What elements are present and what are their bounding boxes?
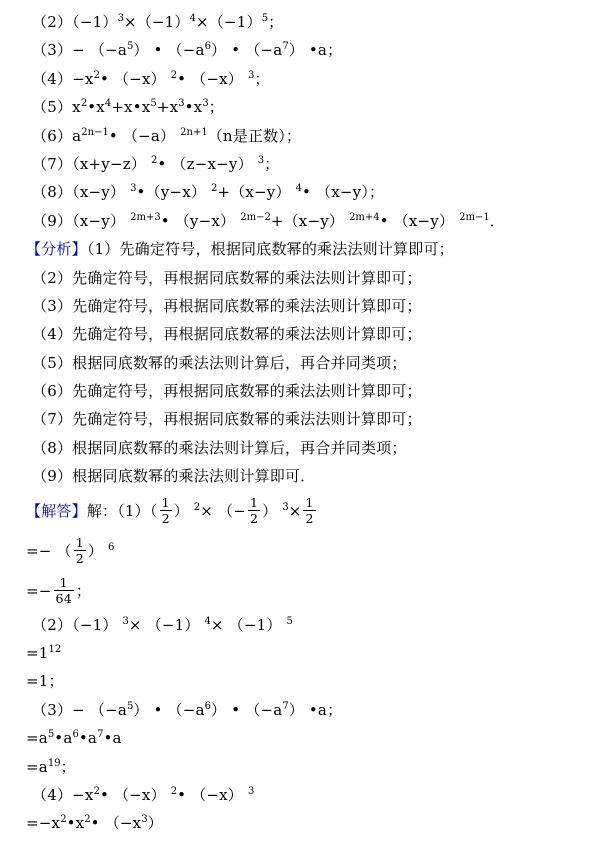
fraction-numerator: 1: [74, 535, 86, 550]
line-solution-3-step1: =a5•a6•a7•a: [26, 724, 602, 752]
exponent: 5: [287, 616, 293, 627]
line-analysis-9: （9）根据同底数幂的乘法法则计算即可．: [26, 462, 602, 490]
exponent: 3: [258, 155, 264, 166]
section-label: 【解答】: [26, 502, 87, 520]
exponent: 12: [49, 644, 62, 655]
line-question-6: （6）a2n−1• （−a） 2n+1（n是正数）；: [26, 122, 602, 150]
exponent: 2: [171, 786, 177, 797]
exponent: 2: [60, 814, 66, 825]
exponent: 4: [296, 183, 302, 194]
line-question-2: （2）（−1）3×（−1）4×（−1）5；: [26, 8, 602, 36]
exponent: 5: [127, 41, 133, 52]
exponent: 5: [262, 13, 268, 24]
exponent: 2: [94, 70, 100, 81]
line-question-8: （8）（x−y） 3•（y−x） 2+（x−y） 4• （x−y）；: [26, 178, 602, 206]
line-question-3: （3）− （−a5） • （−a6） • （−a7） •a；: [26, 36, 602, 64]
exponent: 19: [48, 758, 61, 769]
exponent: 3: [178, 98, 184, 109]
line-question-7: （7）（x+y−z） 2• （z−x−y） 3；: [26, 150, 602, 178]
exponent: 2m−2: [240, 212, 271, 223]
line-solution-3-step2: =a19；: [26, 753, 602, 781]
line-solution-2: （2）（−1） 3× （−1） 4× （−1） 5: [26, 611, 602, 639]
exponent: 3: [248, 786, 254, 797]
exponent: 6: [108, 542, 114, 553]
exponent: 7: [97, 729, 103, 740]
exponent: 6: [73, 729, 79, 740]
exponent: 7: [282, 701, 288, 712]
line-solution-1-step2: =−164；: [26, 571, 602, 611]
exponent: 2: [94, 786, 100, 797]
fraction: 12: [303, 495, 315, 526]
exponent: 3: [130, 183, 136, 194]
line-solution-2-step1: =112: [26, 639, 602, 667]
line-analysis-4: （4）先确定符号，再根据同底数幂的乘法法则计算即可；: [26, 320, 602, 348]
line-analysis-8: （8）根据同底数幂的乘法法则计算后，再合并同类项；: [26, 434, 602, 462]
exponent: 2: [151, 155, 157, 166]
exponent: 2n+1: [180, 127, 208, 138]
fraction: 12: [248, 495, 260, 526]
fraction-numerator: 1: [58, 575, 70, 590]
exponent: 3: [202, 98, 208, 109]
line-analysis-7: （7）先确定符号，再根据同底数幂的乘法法则计算即可；: [26, 405, 602, 433]
exponent: 6: [205, 701, 211, 712]
fraction: 12: [160, 495, 172, 526]
exponent: 4: [105, 98, 111, 109]
fraction-denominator: 2: [74, 550, 86, 566]
section-label: 【分析】: [26, 240, 87, 258]
exponent: 2m+4: [349, 212, 380, 223]
line-analysis-6: （6）先确定符号，再根据同底数幂的乘法法则计算即可；: [26, 377, 602, 405]
exponent: 2: [194, 502, 200, 513]
line-solution-1: 【解答】解：（1）（12） 2× （−12） 3×12: [26, 491, 602, 531]
fraction-numerator: 1: [303, 495, 315, 510]
exponent: 4: [205, 616, 211, 627]
line-analysis-3: （3）先确定符号，再根据同底数幂的乘法法则计算即可；: [26, 292, 602, 320]
fraction-denominator: 64: [54, 590, 74, 606]
line-solution-4: （4）−x2• （−x） 2• （−x） 3: [26, 781, 602, 809]
exponent: 3: [118, 13, 124, 24]
exponent: 5: [127, 701, 133, 712]
exponent: 3: [282, 502, 288, 513]
exponent: 3: [248, 70, 254, 81]
fraction: 164: [54, 575, 74, 606]
exponent: 4: [190, 13, 196, 24]
exponent: 5: [48, 729, 54, 740]
exponent: 5: [150, 98, 156, 109]
exponent: 2m−1: [459, 212, 490, 223]
line-solution-2-step2: =1；: [26, 667, 602, 695]
exponent: 2: [211, 183, 217, 194]
fraction: 12: [74, 535, 86, 566]
fraction-denominator: 2: [160, 510, 172, 526]
fraction-numerator: 1: [248, 495, 260, 510]
exponent: 2m+3: [130, 212, 161, 223]
line-solution-1-step1: =− （12） 6: [26, 531, 602, 571]
exponent: 7: [282, 41, 288, 52]
exponent: 3: [123, 616, 129, 627]
line-question-9: （9）（x−y） 2m+3• （y−x） 2m−2+（x−y） 2m+4• （x…: [26, 207, 602, 235]
exponent: 3: [141, 814, 147, 825]
exponent: 2: [171, 70, 177, 81]
line-question-5: （5）x2•x4+x•x5+x3•x3；: [26, 93, 602, 121]
fraction-numerator: 1: [160, 495, 172, 510]
line-analysis-5: （5）根据同底数幂的乘法法则计算后，再合并同类项；: [26, 349, 602, 377]
exponent: 2n−1: [81, 127, 109, 138]
exponent: 2: [81, 98, 87, 109]
exponent: 6: [205, 41, 211, 52]
math-document: （2）（−1）3×（−1）4×（−1）5；（3）− （−a5） • （−a6） …: [0, 0, 608, 838]
line-analysis-2: （2）先确定符号，再根据同底数幂的乘法法则计算即可；: [26, 264, 602, 292]
line-solution-4-step1: =−x2•x2• （−x3）: [26, 809, 602, 837]
line-analysis-1: 【分析】（1）先确定符号，根据同底数幂的乘法法则计算即可；: [26, 235, 602, 263]
fraction-denominator: 2: [248, 510, 260, 526]
exponent: 2: [84, 814, 90, 825]
line-solution-3: （3）− （−a5） • （−a6） • （−a7） •a；: [26, 696, 602, 724]
line-question-4: （4）−x2• （−x） 2• （−x） 3；: [26, 65, 602, 93]
fraction-denominator: 2: [303, 510, 315, 526]
